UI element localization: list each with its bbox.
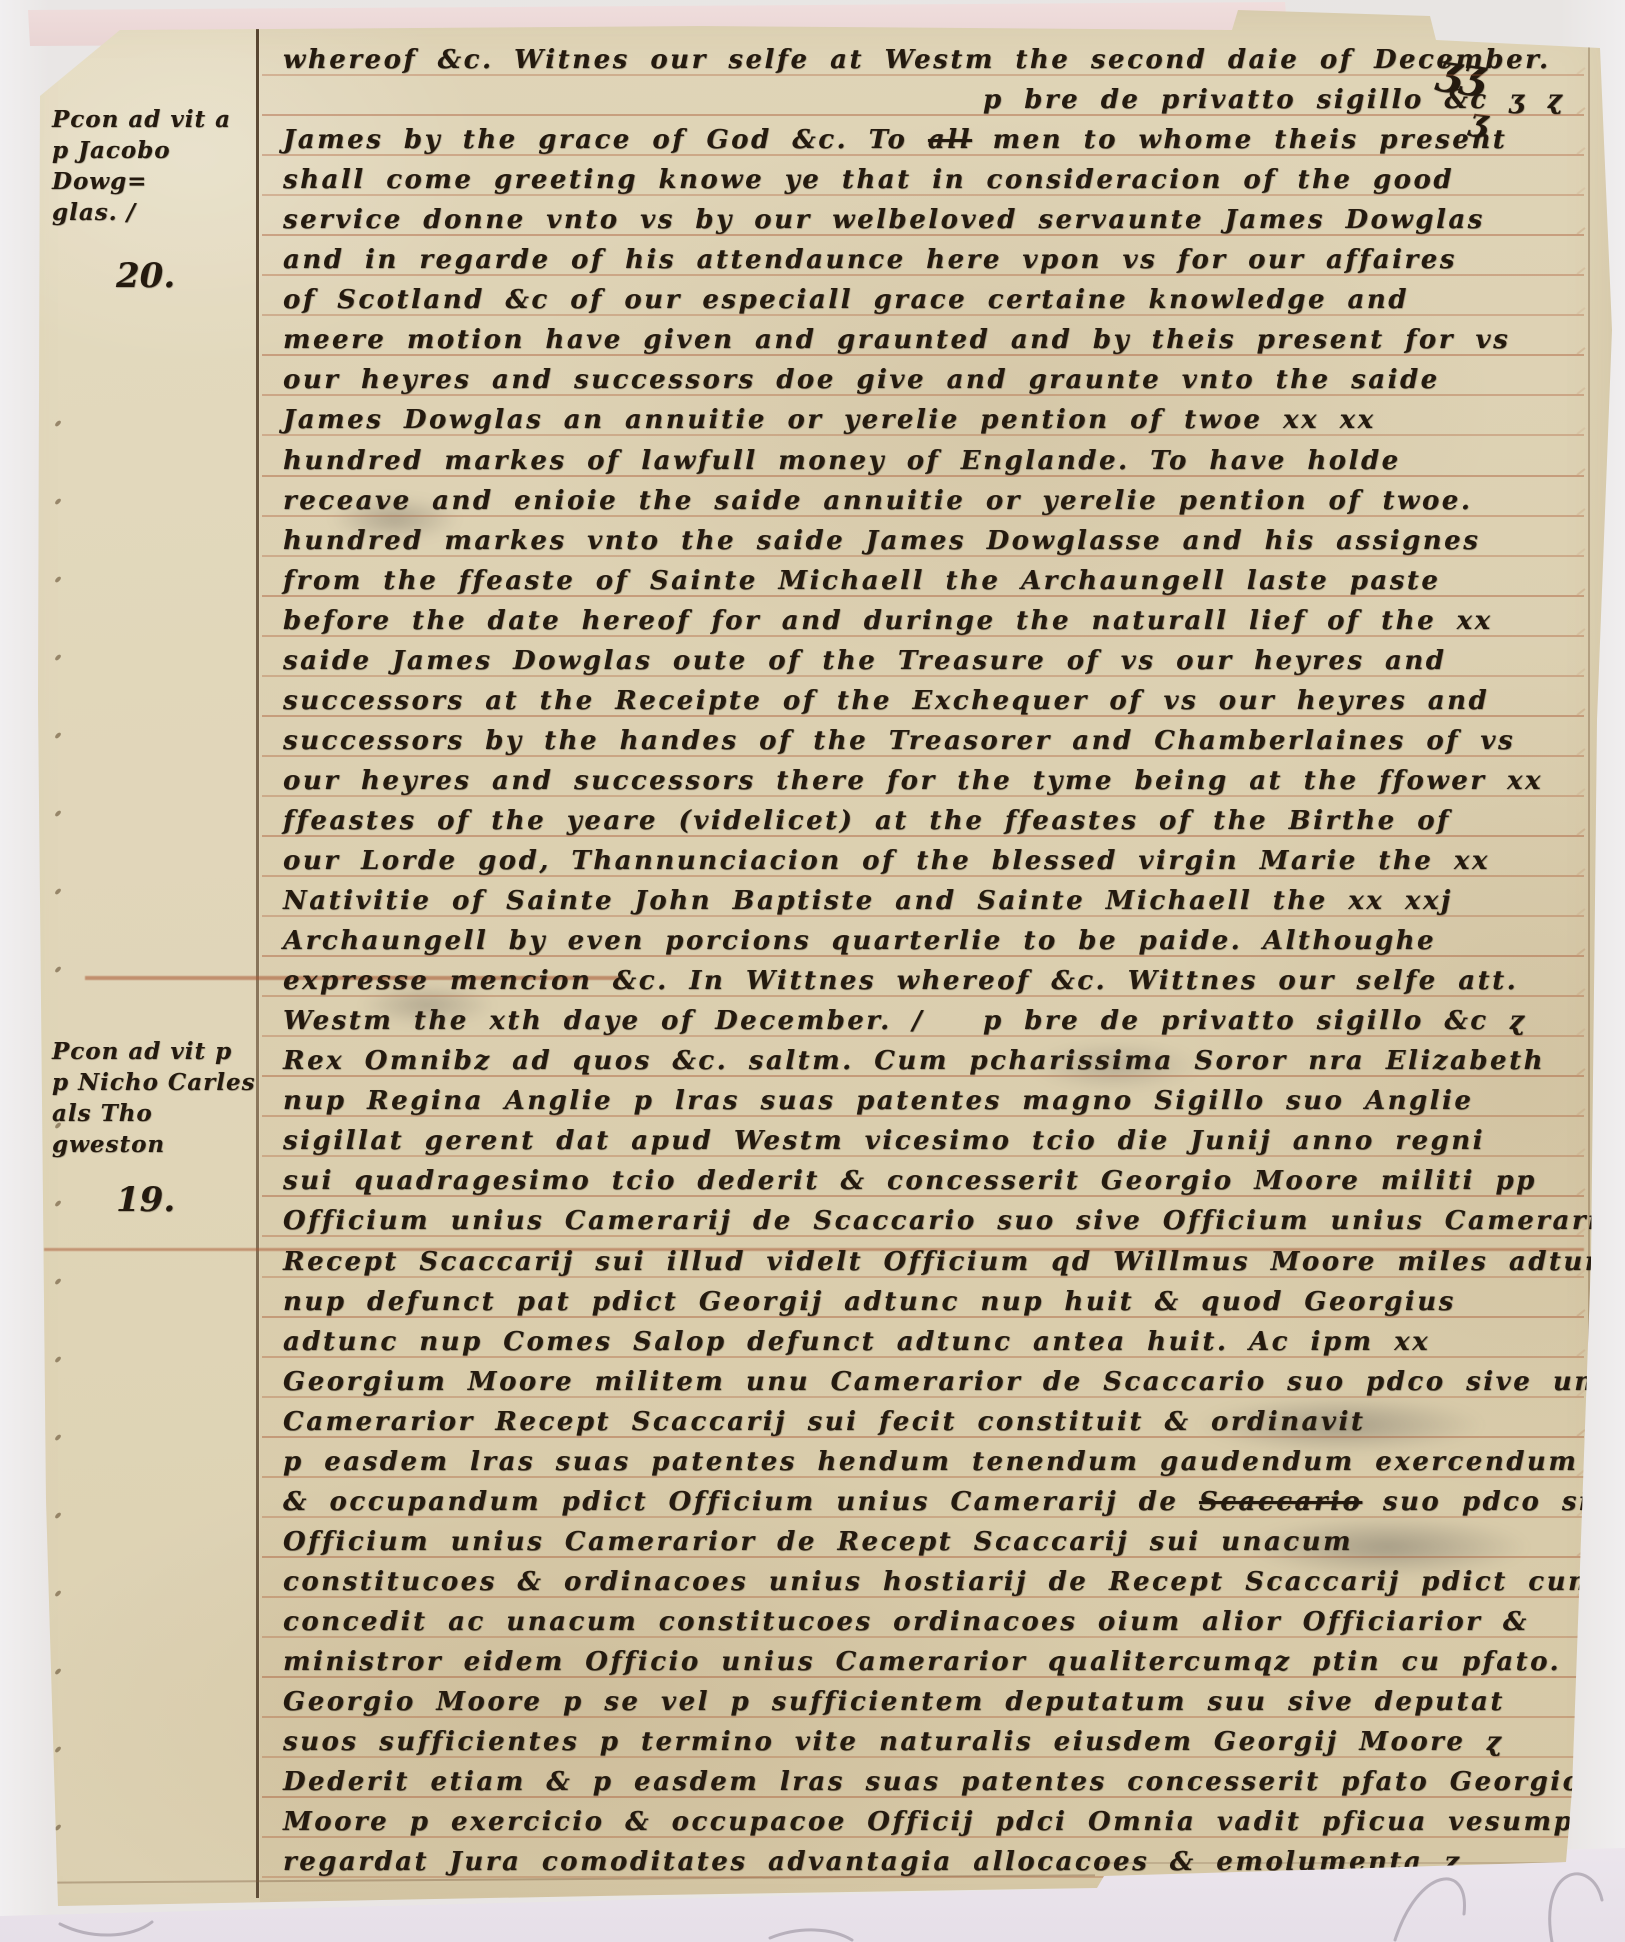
manuscript-line: from the ffeaste of Sainte Michaell the … [283, 563, 1440, 603]
ruled-line-hook [1576, 267, 1585, 275]
ruled-line-hook [1576, 948, 1585, 956]
manuscript-line: Georgium Moore militem unu Camerarior de… [283, 1364, 1617, 1404]
manuscript-line: ffeastes of the yeare (videlicet) at the… [283, 803, 1451, 843]
margin-note-line: Pcon ad vit a [52, 104, 267, 135]
ruled-line-hook [1576, 227, 1585, 235]
text-run: Recept Scaccarij sui illud videlt Offici… [283, 1247, 1625, 1277]
ruled-line-hook [1576, 548, 1585, 556]
ruled-line-hook [1576, 1028, 1585, 1036]
text-run: p easdem lras suas patentes hendum tenen… [283, 1447, 1578, 1477]
manuscript-line: Officium unius Camerarior de Recept Scac… [283, 1524, 1353, 1564]
ruled-line-hook [1576, 1349, 1585, 1357]
text-run: shall come greeting knowe ye that in con… [283, 165, 1454, 195]
text-run: James by the grace of God &c. To [283, 125, 928, 155]
parchment-page: ʒʒ ʒ whereof &c. Witnes our selfe at Wes… [0, 0, 1625, 1942]
manuscript-line: our heyres and successors there for the … [283, 763, 1543, 803]
ruled-line-hook [1576, 588, 1585, 596]
ruled-line-hook [1576, 708, 1585, 716]
text-run: suo pdco sive [1362, 1487, 1625, 1517]
margin-note-line: als Tho gweston [52, 1098, 267, 1160]
text-run: whereof &c. Witnes our selfe at Westm th… [283, 45, 1551, 75]
ruled-line-hook [1576, 628, 1585, 636]
text-run: ministror eidem Officio unius Camerarior… [283, 1647, 1561, 1677]
manuscript-line: hundred markes vnto the saide James Dowg… [283, 523, 1480, 563]
ruled-line-hook [1576, 67, 1585, 75]
text-run: Rex Omnibz ad quos &c. saltm. Cum pchari… [283, 1046, 1545, 1076]
ruled-line-hook [1576, 1709, 1585, 1717]
text-run: concedit ac unacum constitucoes ordinaco… [283, 1607, 1529, 1637]
manuscript-line: Rex Omnibz ad quos &c. saltm. Cum pchari… [283, 1043, 1545, 1083]
text-run: Moore p exercicio & occupacoe Officij pd… [283, 1807, 1608, 1837]
margin-ruling-line [256, 28, 259, 1898]
text-run: nup Regina Anglie p lras suas patentes m… [283, 1086, 1473, 1116]
text-run: receave and enioie the saide annuitie or… [283, 486, 1472, 516]
margin-note: Pcon ad vit pp Nicho Carlesals Tho gwest… [52, 1036, 267, 1160]
ruled-line-hook [1576, 107, 1585, 115]
ruled-line-hook [1576, 1789, 1585, 1797]
left-margin-column [38, 26, 260, 1906]
ruled-line-hook [1576, 1749, 1585, 1757]
manuscript-line: saide James Dowglas oute of the Treasure… [283, 643, 1446, 683]
text-run: Westm the xth daye of December. / [283, 1006, 924, 1036]
text-run: saide James Dowglas oute of the Treasure… [283, 646, 1446, 676]
manuscript-line: Camerarior Recept Scaccarij sui fecit co… [283, 1404, 1365, 1444]
text-run: Georgio Moore p se vel p sufficientem de… [283, 1687, 1505, 1717]
manuscript-line: Georgio Moore p se vel p sufficientem de… [283, 1684, 1505, 1724]
manuscript-line: James by the grace of God &c. To all men… [283, 122, 1507, 162]
text-run: our Lorde god, Thannunciacion of the ble… [283, 846, 1490, 876]
text-run: ffeastes of the yeare (videlicet) at the… [283, 806, 1451, 836]
ruled-line-hook [1576, 828, 1585, 836]
ruled-line-hook [1576, 748, 1585, 756]
ruled-line-hook [1576, 1108, 1585, 1116]
text-run: men to whome theis present [972, 125, 1507, 155]
text-run: before the date hereof for and duringe t… [283, 606, 1493, 636]
manuscript-line: successors by the handes of the Treasore… [283, 723, 1515, 763]
manuscript-line: nup defunct pat pdict Georgij adtunc nup… [283, 1284, 1456, 1324]
manuscript-line: our heyres and successors doe give and g… [283, 362, 1440, 402]
text-run: of Scotland &c of our especiall grace ce… [283, 285, 1409, 315]
manuscript-line: hundred markes of lawfull money of Engla… [283, 443, 1401, 483]
ruled-line-hook [1576, 668, 1585, 676]
manuscript-line: and in regarde of his attendaunce here v… [283, 242, 1457, 282]
text-run: constitucoes & ordinacoes unius hostiari… [283, 1567, 1598, 1597]
ruled-line-hook [1576, 908, 1585, 916]
manuscript-line: nup Regina Anglie p lras suas patentes m… [283, 1083, 1473, 1123]
ruled-line-hook [1576, 868, 1585, 876]
ruled-line-hook [1576, 988, 1585, 996]
ruled-line-hook [1576, 468, 1585, 476]
margin-note-line: glas. / [52, 197, 267, 228]
ruled-line-hook [1576, 1068, 1585, 1076]
text-run: Officium unius Camerarior de Recept Scac… [283, 1527, 1353, 1557]
text-run: Camerarior Recept Scaccarij sui fecit co… [283, 1407, 1365, 1437]
ruled-line-hook [1576, 1549, 1585, 1557]
text-run: suos sufficientes p termino vite natural… [283, 1727, 1503, 1757]
manuscript-line: receave and enioie the saide annuitie or… [283, 483, 1472, 523]
ruled-line-hook [1576, 1189, 1585, 1197]
text-run: Archaungell by even porcions quarterlie … [283, 926, 1436, 956]
manuscript-line: concedit ac unacum constitucoes ordinaco… [283, 1604, 1529, 1644]
manuscript-line: meere motion have given and graunted and… [283, 322, 1510, 362]
text-run: Georgium Moore militem unu Camerarior de… [283, 1367, 1617, 1397]
scanned-manuscript-page: { "document": { "type": "manuscript regi… [0, 0, 1625, 1942]
ruled-line-hook [1576, 788, 1585, 796]
manuscript-line: of Scotland &c of our especiall grace ce… [283, 282, 1409, 322]
text-run: adtunc nup Comes Salop defunct adtunc an… [283, 1327, 1430, 1357]
ruled-line-hook [1576, 1829, 1585, 1837]
text-run: James Dowglas an annuitie or yerelie pen… [283, 405, 1376, 435]
margin-note: Pcon ad vit ap Jacobo Dowg=glas. / [52, 104, 267, 228]
text-run: hundred markes vnto the saide James Dowg… [283, 526, 1480, 556]
text-run: meere motion have given and graunted and… [283, 325, 1510, 355]
margin-note-line: p Jacobo Dowg= [52, 135, 267, 197]
manuscript-line: Recept Scaccarij sui illud videlt Offici… [283, 1244, 1625, 1284]
manuscript-line: Dederit etiam & p easdem lras suas paten… [283, 1764, 1582, 1804]
text-run: our heyres and successors there for the … [283, 766, 1543, 796]
manuscript-line: James Dowglas an annuitie or yerelie pen… [283, 402, 1376, 442]
ruled-line-hook [1576, 1429, 1585, 1437]
ruled-line-hook [1576, 428, 1585, 436]
text-run: Nativitie of Sainte John Baptiste and Sa… [283, 886, 1453, 916]
ruled-line-hook [1576, 187, 1585, 195]
ruled-line-hook [1576, 508, 1585, 516]
latin-docket-segment: p bre de privatto sigillo &c ɀ [983, 1003, 1526, 1039]
manuscript-line: suos sufficientes p termino vite natural… [283, 1724, 1503, 1764]
text-run: hundred markes of lawfull money of Engla… [283, 446, 1401, 476]
text-run: nup defunct pat pdict Georgij adtunc nup… [283, 1287, 1456, 1317]
ruled-line-hook [1576, 388, 1585, 396]
ruled-line-hook [1576, 147, 1585, 155]
entry-number: 19. [116, 1182, 175, 1218]
manuscript-line: shall come greeting knowe ye that in con… [283, 162, 1454, 202]
text-run: Officium unius Camerarij de Scaccario su… [283, 1206, 1625, 1236]
text-run: our heyres and successors doe give and g… [283, 365, 1440, 395]
text-run: successors by the handes of the Treasore… [283, 726, 1515, 756]
text-run: from the ffeaste of Sainte Michaell the … [283, 566, 1440, 596]
manuscript-line: service donne vnto vs by our welbeloved … [283, 202, 1485, 242]
struck-text: all [928, 125, 972, 155]
ruled-line-hook [1576, 307, 1585, 315]
ruled-line-hook [1576, 1309, 1585, 1317]
manuscript-line: our Lorde god, Thannunciacion of the ble… [283, 843, 1490, 883]
manuscript-line: p easdem lras suas patentes hendum tenen… [283, 1444, 1578, 1484]
manuscript-line: sui quadragesimo tcio dederit & concesse… [283, 1163, 1537, 1203]
struck-text: Scaccario [1199, 1487, 1362, 1517]
manuscript-line: expresse mencion &c. In Wittnes whereof … [283, 963, 1518, 1003]
ruled-line-hook [1576, 1148, 1585, 1156]
text-run: sui quadragesimo tcio dederit & concesse… [283, 1166, 1537, 1196]
manuscript-line: sigillat gerent dat apud Westm vicesimo … [283, 1123, 1485, 1163]
text-run: sigillat gerent dat apud Westm vicesimo … [283, 1126, 1485, 1156]
manuscript-line: Nativitie of Sainte John Baptiste and Sa… [283, 883, 1453, 923]
manuscript-line: successors at the Receipte of the Excheq… [283, 683, 1489, 723]
entry-number: 20. [116, 258, 175, 294]
text-run: and in regarde of his attendaunce here v… [283, 245, 1457, 275]
ruled-line-hook [1576, 1669, 1585, 1677]
manuscript-line: adtunc nup Comes Salop defunct adtunc an… [283, 1324, 1430, 1364]
latin-docket-segment: p bre de privatto sigillo &c ʒ ɀ [983, 82, 1564, 118]
manuscript-line: Moore p exercicio & occupacoe Officij pd… [283, 1804, 1608, 1844]
manuscript-line: before the date hereof for and duringe t… [283, 603, 1493, 643]
manuscript-line: Officium unius Camerarij de Scaccario su… [283, 1203, 1625, 1243]
text-run: Dederit etiam & p easdem lras suas paten… [283, 1767, 1582, 1797]
manuscript-line: whereof &c. Witnes our selfe at Westm th… [283, 42, 1551, 82]
manuscript-line: Archaungell by even porcions quarterlie … [283, 923, 1436, 963]
text-run: & occupandum pdict Officium unius Camera… [283, 1487, 1199, 1517]
manuscript-line: ministror eidem Officio unius Camerarior… [283, 1644, 1561, 1684]
ruled-line-hook [1576, 347, 1585, 355]
ruled-line-hook [1576, 1629, 1585, 1637]
text-run: expresse mencion &c. In Wittnes whereof … [283, 966, 1518, 996]
right-ruling-line [1588, 42, 1590, 1857]
margin-note-line: Pcon ad vit p [52, 1036, 267, 1067]
manuscript-line: constitucoes & ordinacoes unius hostiari… [283, 1564, 1598, 1604]
margin-note-line: p Nicho Carles [52, 1067, 267, 1098]
text-run: successors at the Receipte of the Excheq… [283, 686, 1489, 716]
manuscript-line: Westm the xth daye of December. /p bre d… [283, 1003, 924, 1043]
manuscript-line: & occupandum pdict Officium unius Camera… [283, 1484, 1625, 1524]
text-run: service donne vnto vs by our welbeloved … [283, 205, 1485, 235]
